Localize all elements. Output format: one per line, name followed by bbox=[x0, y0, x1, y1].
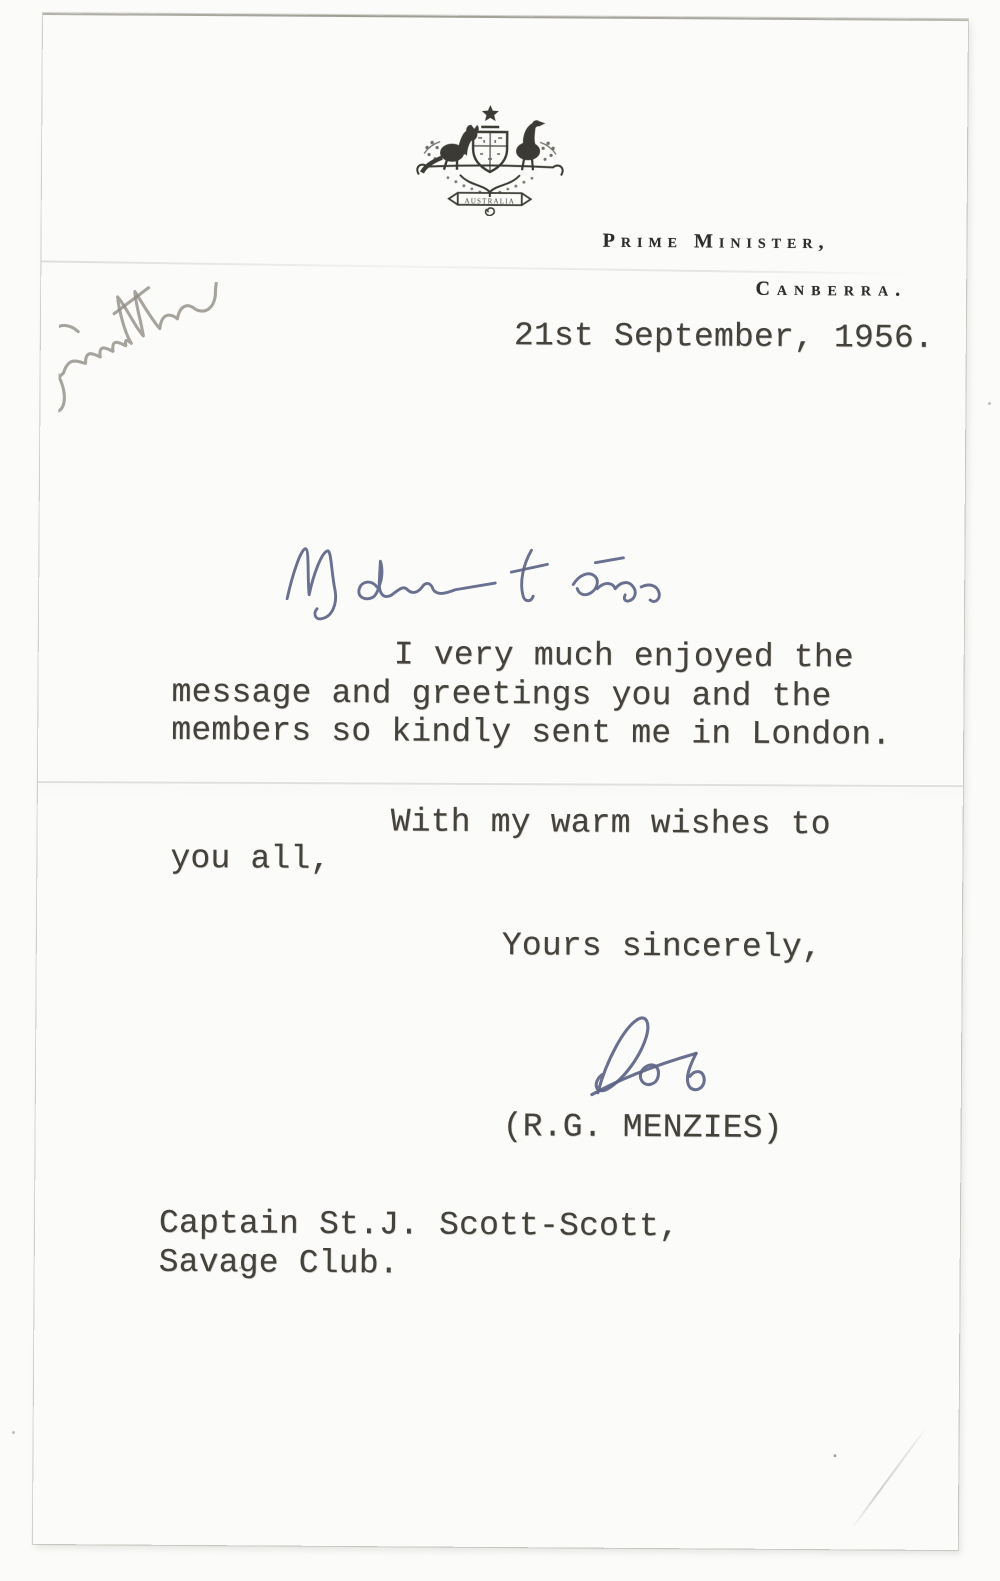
australia-scroll-text: AUSTRALIA bbox=[464, 197, 515, 205]
commonwealth-star-icon bbox=[482, 105, 499, 121]
pencil-annotation bbox=[58, 281, 409, 468]
dust-speck bbox=[12, 1431, 15, 1434]
typed-signatory: (R.G. MENZIES) bbox=[502, 1107, 782, 1148]
handwritten-salutation bbox=[277, 537, 733, 630]
corner-crease bbox=[851, 1426, 929, 1530]
date-line: 21st September, 1956. bbox=[514, 316, 934, 358]
recipient-name: Captain St.J. Scott-Scott, bbox=[159, 1204, 679, 1246]
letter-paper: AUSTRALIA Prime Minister, Canberra. 21st… bbox=[33, 13, 968, 1550]
body-paragraph1-line3: members so kindly sent me in London. bbox=[171, 711, 891, 755]
body-paragraph1-line2: message and greetings you and the bbox=[171, 673, 831, 716]
recipient-address: Savage Club. bbox=[159, 1243, 399, 1284]
scroll-tail-curl bbox=[486, 208, 495, 216]
body-paragraph2-line1: With my warm wishes to bbox=[391, 802, 831, 844]
closing-line: Yours sincerely, bbox=[502, 926, 822, 967]
signature-bob bbox=[582, 1013, 728, 1106]
dust-speck bbox=[988, 402, 991, 405]
fold-crease-top bbox=[41, 260, 966, 275]
letterhead-office: Prime Minister, bbox=[603, 230, 830, 255]
australian-coat-of-arms: AUSTRALIA bbox=[414, 95, 567, 216]
body-paragraph2-line2: you all, bbox=[170, 839, 330, 879]
emu-icon bbox=[516, 120, 545, 170]
paper-speck bbox=[833, 1454, 836, 1457]
fold-crease-middle bbox=[38, 781, 963, 787]
letterhead-city: Canberra. bbox=[755, 278, 907, 302]
scanned-letter-photo: { "letterhead": { "office": "Prime Minis… bbox=[0, 0, 1000, 1581]
body-paragraph1-line1: I very much enjoyed the bbox=[394, 635, 854, 677]
